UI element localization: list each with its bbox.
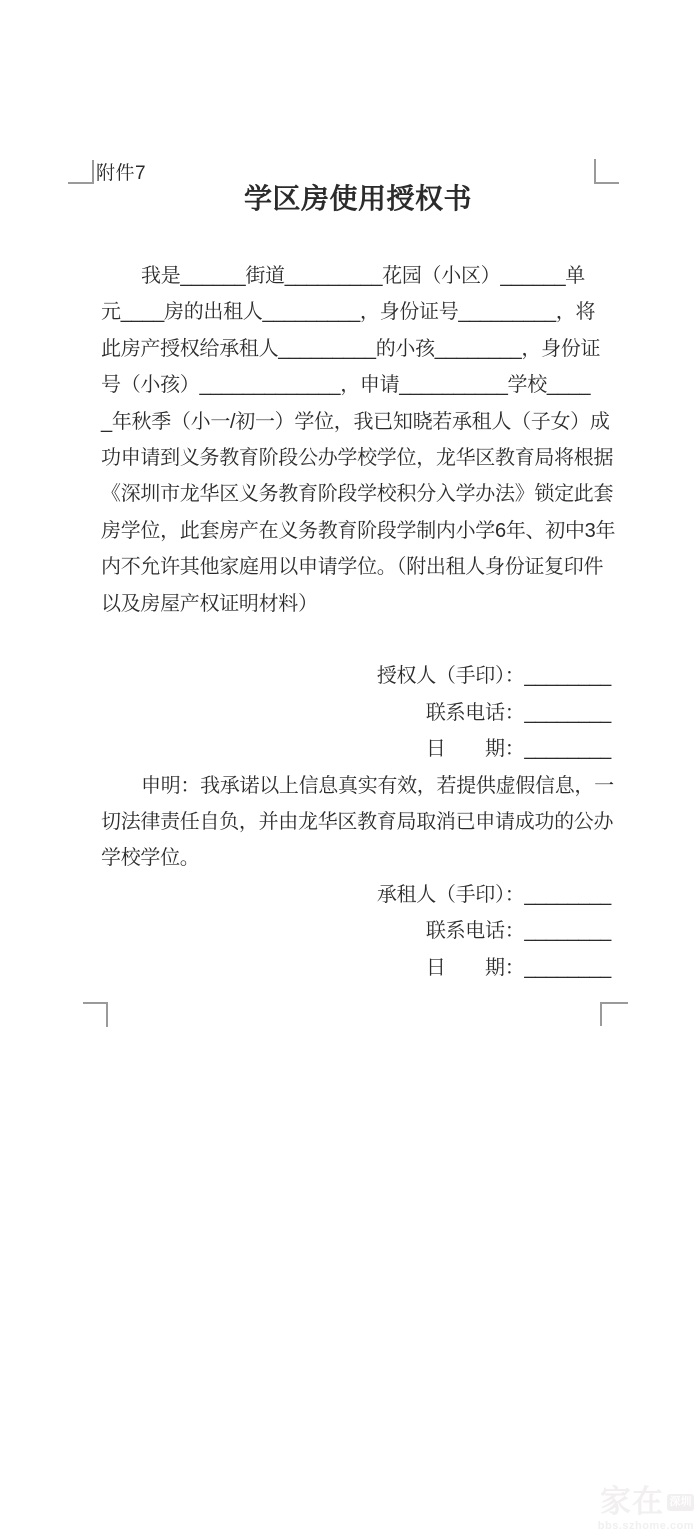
authorizer-signature-line: 授权人（手印）：________ <box>101 658 617 694</box>
crop-mark-bottom-left-icon <box>83 1002 108 1027</box>
declaration-line-1: 申明：我承诺以上信息真实有效，若提供虚假信息，一 <box>101 768 617 804</box>
authorizer-phone-line: 联系电话：________ <box>101 695 617 731</box>
body-line-2: 元____房的出租人_________，身份证号_________，将 <box>101 294 617 330</box>
watermark-brand-text: 家在 <box>600 1487 664 1517</box>
body-line-8: 房学位，此套房产在义务教育阶段学制内小学6年、初中3年 <box>101 513 617 549</box>
tenant-date-line: 日 期：________ <box>101 950 617 986</box>
authorizer-date-line: 日 期：________ <box>101 731 617 767</box>
szhome-watermark: 家在 深圳 bbs.szhome.com <box>598 1487 694 1532</box>
crop-mark-top-left-icon <box>68 160 94 184</box>
watermark-logo: 家在 深圳 <box>598 1487 694 1517</box>
document-title: 学区房使用授权书 <box>100 177 616 217</box>
body-line-5: _年秋季（小一/初一）学位，我已知晓若承租人（子女）成 <box>101 404 617 440</box>
body-line-3: 此房产授权给承租人_________的小孩________，身份证 <box>101 331 617 367</box>
crop-mark-bottom-right-icon <box>600 1002 628 1026</box>
declaration-line-3: 学校学位。 <box>101 840 617 876</box>
watermark-city-badge: 深圳 <box>667 1494 694 1511</box>
body-line-9: 内不允许其他家庭用以申请学位。（附出租人身份证复印件 <box>101 549 617 585</box>
document-body: 我是______街道_________花园（小区）______单 元____房的… <box>101 258 617 986</box>
body-line-6: 功申请到义务教育阶段公办学校学位，龙华区教育局将根据 <box>101 440 617 476</box>
blank-line <box>101 622 617 658</box>
body-line-4: 号（小孩）_____________，申请__________学校____ <box>101 367 617 403</box>
watermark-site-url: bbs.szhome.com <box>598 1520 694 1532</box>
document-page: 附件7 学区房使用授权书 我是______街道_________花园（小区）__… <box>0 0 700 1540</box>
tenant-phone-line: 联系电话：________ <box>101 913 617 949</box>
declaration-line-2: 切法律责任自负，并由龙华区教育局取消已申请成功的公办 <box>101 804 617 840</box>
body-line-7: 《深圳市龙华区义务教育阶段学校积分入学办法》锁定此套 <box>101 476 617 512</box>
body-line-10: 以及房屋产权证明材料） <box>101 586 617 622</box>
tenant-signature-line: 承租人（手印）：________ <box>101 877 617 913</box>
body-line-1: 我是______街道_________花园（小区）______单 <box>101 258 617 294</box>
